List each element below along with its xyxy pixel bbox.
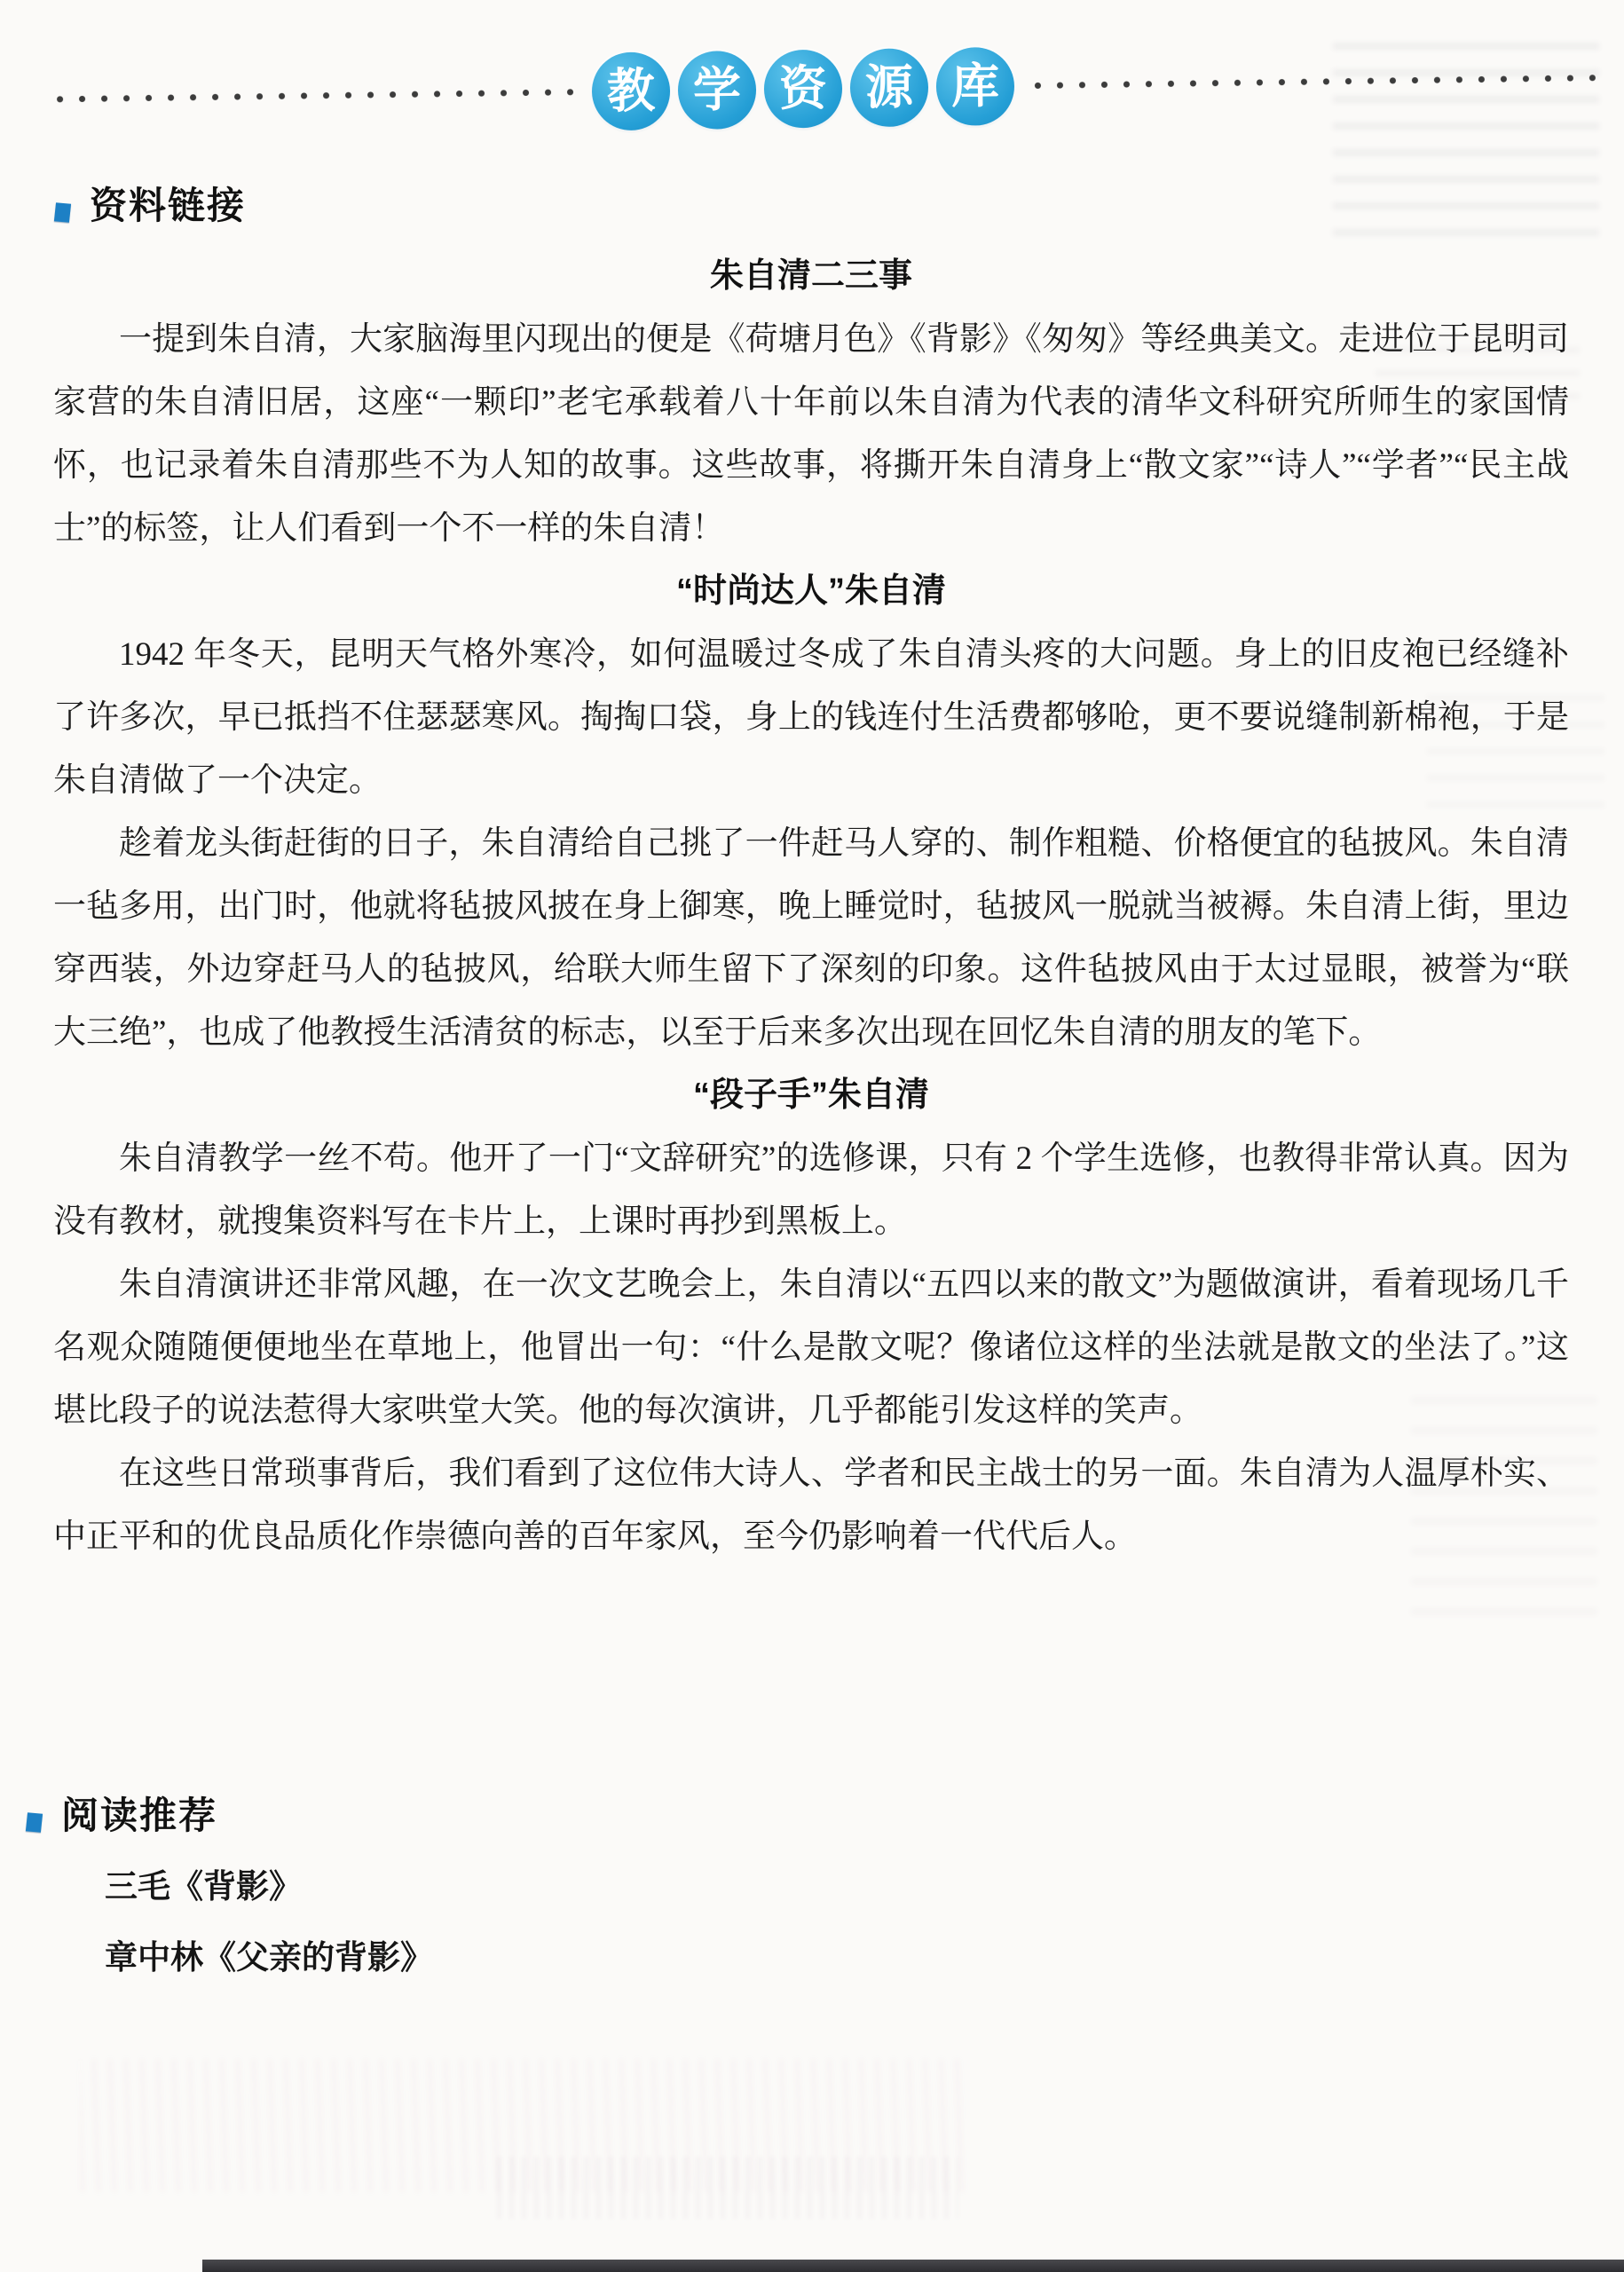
section-heading-label: 阅读推荐	[61, 1795, 217, 1837]
reading-list-item: 三毛《背影》	[105, 1851, 433, 1922]
article-subtitle: “时尚达人”朱自清	[53, 560, 1569, 623]
section-heading-label: 资料链接	[90, 185, 246, 227]
article-zhu-ziqing: 朱自清二三事 一提到朱自清，大家脑海里闪现出的便是《荷塘月色》《背影》《匆匆》等…	[53, 245, 1569, 1568]
blue-square-bullet-icon	[26, 1812, 43, 1832]
article-paragraph: 朱自清演讲还非常风趣，在一次文艺晚会上，朱自清以“五四以来的散文”为题做演讲，看…	[53, 1253, 1569, 1442]
scanned-textbook-page: 教 学 资 源 库 资料链接 朱自清二三事 一提到朱自清，大家脑海里闪现出的便是…	[0, 0, 1624, 2272]
article-paragraph: 一提到朱自清，大家脑海里闪现出的便是《荷塘月色》《背影》《匆匆》等经典美文。走进…	[53, 308, 1569, 560]
dotted-leader-left	[49, 89, 579, 103]
section-heading-material-links: 资料链接	[55, 185, 246, 227]
section-heading-reading-recommendations: 阅读推荐	[27, 1795, 217, 1837]
badge-char-icon: 库	[935, 47, 1014, 126]
article-subtitle: “段子手”朱自清	[53, 1064, 1569, 1127]
scan-edge-bar	[202, 2260, 1624, 2272]
article-paragraph: 1942 年冬天，昆明天气格外寒冷，如何温暖过冬成了朱自清头疼的大问题。身上的旧…	[53, 623, 1569, 812]
article-paragraph: 朱自清教学一丝不苟。他开了一门“文辞研究”的选修课，只有 2 个学生选修，也教得…	[53, 1127, 1569, 1253]
scan-bleedthrough-artifact	[497, 2157, 958, 2219]
reading-recommendation-list: 三毛《背影》 章中林《父亲的背影》	[105, 1851, 433, 1993]
article-paragraph: 在这些日常琐事背后，我们看到了这位伟大诗人、学者和民主战士的另一面。朱自清为人温…	[53, 1442, 1569, 1568]
reading-list-item: 章中林《父亲的背影》	[105, 1922, 433, 1993]
blue-square-bullet-icon	[54, 202, 71, 222]
page-header: 教 学 资 源 库	[0, 35, 1624, 143]
badge-char-icon: 资	[763, 50, 842, 129]
teaching-resource-library-badge: 教 学 资 源 库	[591, 47, 1014, 131]
article-paragraph: 趁着龙头街赶街的日子，朱自清给自己挑了一件赶马人穿的、制作粗糙、价格便宜的毡披风…	[53, 812, 1569, 1064]
dotted-leader-right	[1027, 74, 1608, 89]
badge-char-icon: 教	[591, 51, 670, 130]
scan-bleedthrough-artifact	[80, 2059, 967, 2192]
badge-char-icon: 源	[849, 48, 928, 127]
article-title: 朱自清二三事	[53, 245, 1569, 308]
badge-char-icon: 学	[677, 51, 756, 130]
